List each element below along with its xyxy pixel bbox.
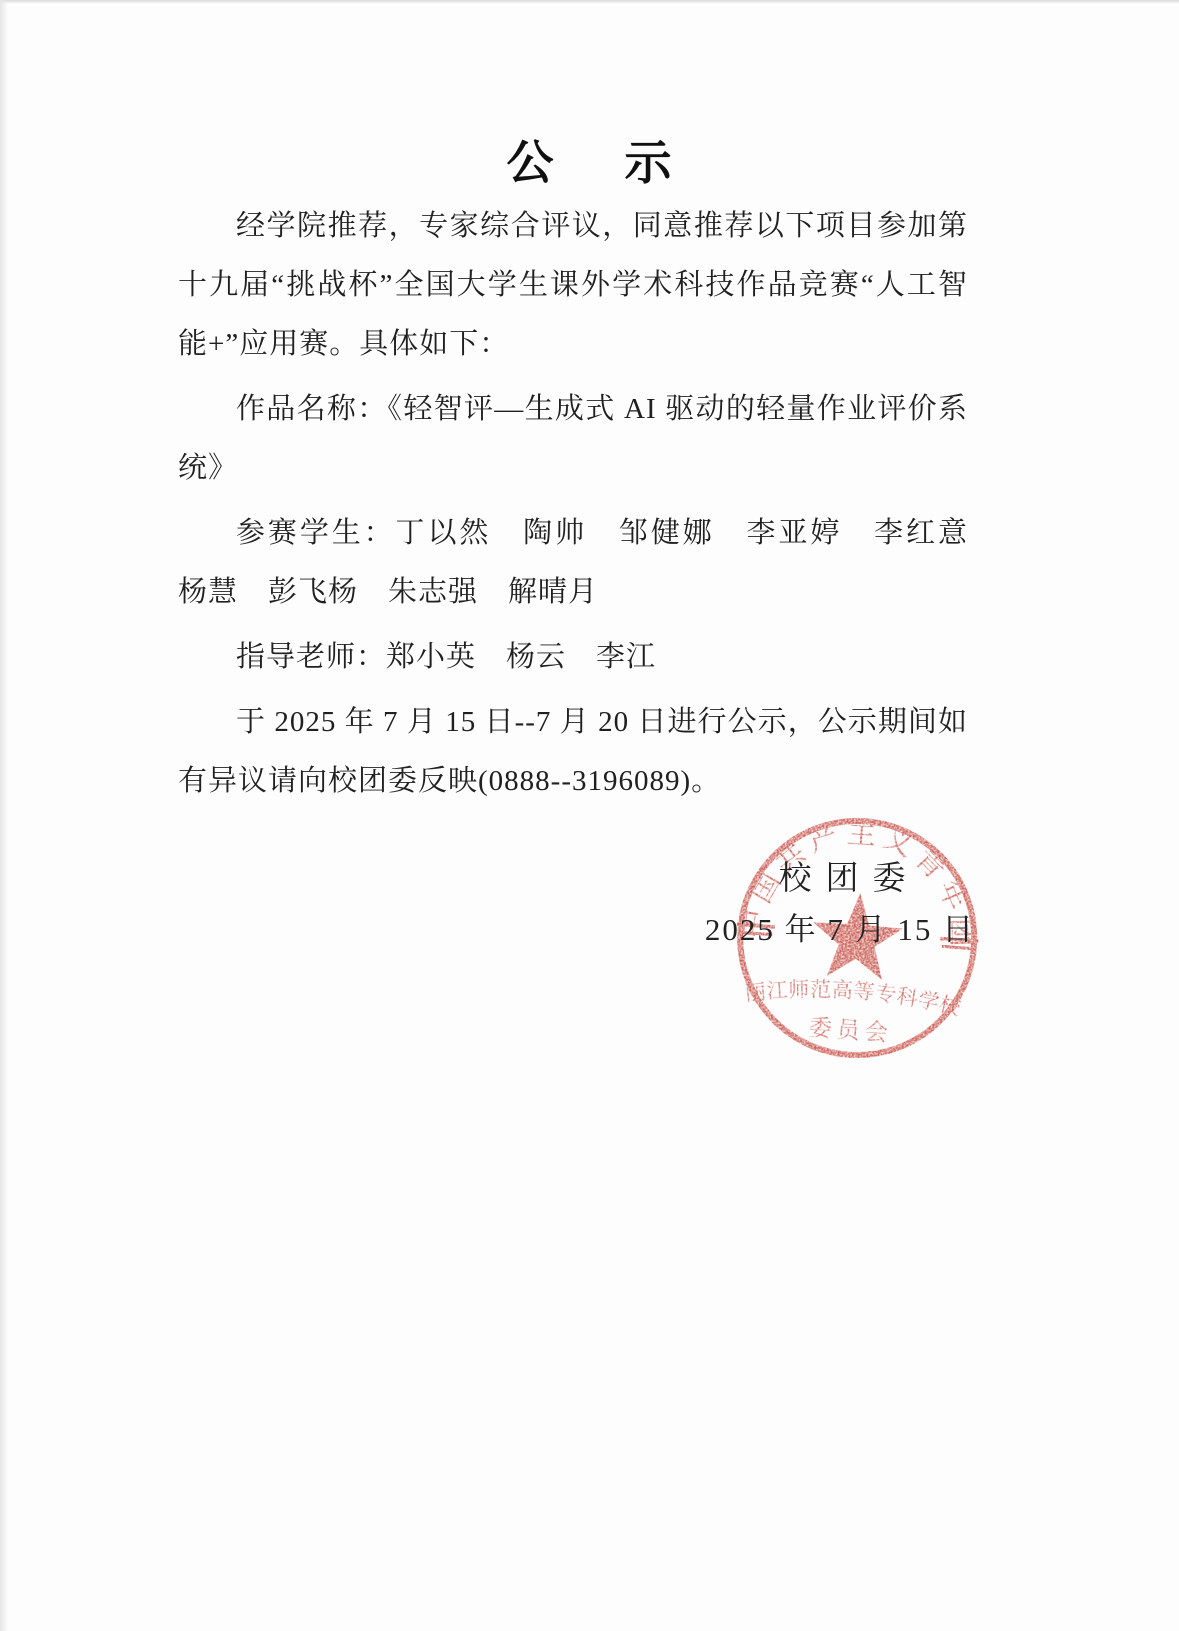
- paragraph-intro: 经学院推荐，专家综合评议，同意推荐以下项目参加第十九届“挑战杯”全国大学生课外学…: [178, 197, 968, 374]
- scan-edge-top: [0, 0, 1179, 4]
- signature-date: 2025 年 7 月 15 日: [700, 904, 980, 949]
- paragraph-project-name: 作品名称：《轻智评—生成式 AI 驱动的轻量作业评价系统》: [178, 380, 968, 498]
- seal-school-text: 丽江师范高等专科学校: [742, 971, 965, 1021]
- announcement-body: 经学院推荐，专家综合评议，同意推荐以下项目参加第十九届“挑战杯”全国大学生课外学…: [178, 197, 968, 811]
- scan-edge-left: [0, 0, 8, 1631]
- document-page: 公 示 经学院推荐，专家综合评议，同意推荐以下项目参加第十九届“挑战杯”全国大学…: [0, 0, 1179, 1631]
- page-title: 公 示: [200, 126, 990, 193]
- seal-committee-text: 委员会: [808, 1015, 894, 1046]
- paragraph-teachers: 指导老师：郑小英 杨云 李江: [178, 628, 968, 687]
- paragraph-publicity-period: 于 2025 年 7 月 15 日--7 月 20 日进行公示，公示期间如有异议…: [178, 693, 968, 811]
- signature-org: 校团委: [712, 852, 972, 899]
- paragraph-students: 参赛学生：丁以然 陶帅 邹健娜 李亚婷 李红意 杨慧 彭飞杨 朱志强 解晴月: [178, 504, 968, 622]
